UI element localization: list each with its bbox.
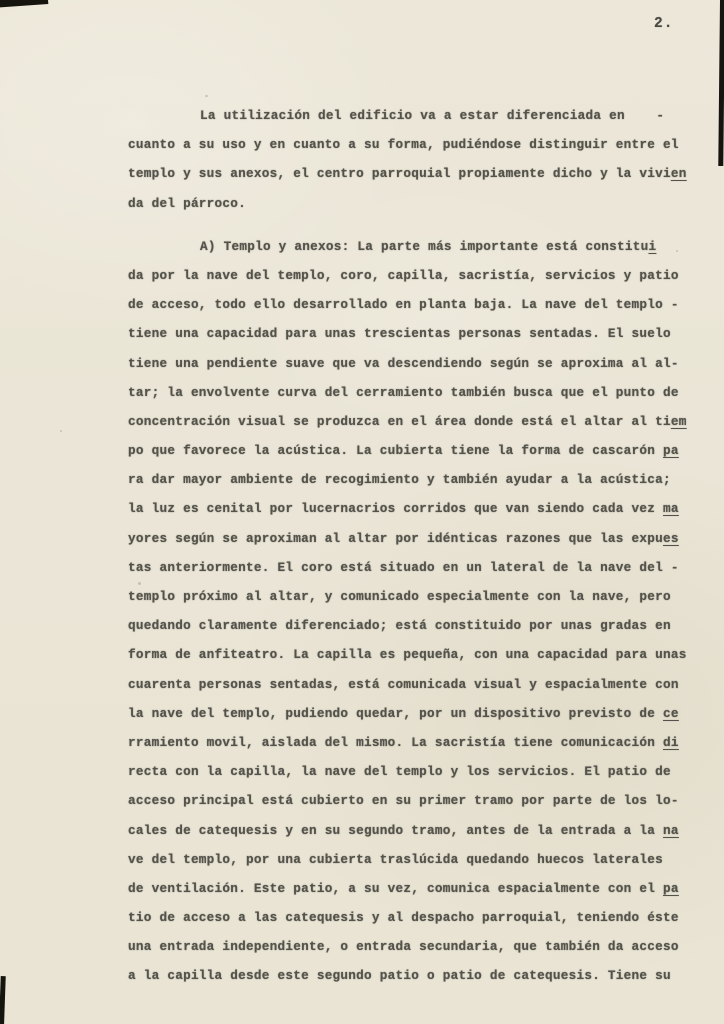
text-segment: tas anteriormente. El coro está situado … [128,560,679,575]
text-line: da del párroco. [128,189,688,218]
text-line: tas anteriormente. El coro está situado … [128,553,688,582]
text-segment: tio de acceso a las catequesis y al desp… [128,910,679,925]
underlined-wrap-syllable: na [663,823,679,838]
text-line: recta con la capilla, la nave del templo… [128,757,688,786]
text-line: tiene una capacidad para unas trescienta… [128,319,688,348]
text-segment: concentración visual se produzca en el á… [128,414,671,429]
text-line: quedando claramente diferenciado; está c… [128,611,688,640]
paragraph-1: La utilización del edificio va a estar d… [128,101,688,218]
text-line: cuanto a su uso y en cuanto a su forma, … [128,130,688,159]
text-line: concentración visual se produzca en el á… [128,407,688,436]
scan-edge-artifact-top-right [718,0,724,166]
text-line: tio de acceso a las catequesis y al desp… [128,903,688,932]
text-line: templo y sus anexos, el centro parroquia… [128,159,688,188]
text-segment: po que favorece la acústica. La cubierta… [128,443,663,458]
text-segment: de ventilación. Este patio, a su vez, co… [128,881,663,896]
text-segment: A) Templo y anexos: La parte más importa… [200,239,648,254]
text-segment: a la capilla desde este segundo patio o … [128,968,671,983]
text-line: tar; la envolvente curva del cerramiento… [128,378,688,407]
text-line: la nave del templo, pudiendo quedar, por… [128,699,688,728]
text-segment: ve del templo, por una cubierta traslúci… [128,852,663,867]
document-body: La utilización del edificio va a estar d… [128,101,688,991]
paper-speck [205,95,208,97]
text-segment: cuanto a su uso y en cuanto a su forma, … [128,137,679,152]
text-segment: tiene una capacidad para unas trescienta… [128,326,671,341]
text-segment: recta con la capilla, la nave del templo… [128,764,671,779]
text-line: cales de catequesis y en su segundo tram… [128,816,688,845]
text-line: de ventilación. Este patio, a su vez, co… [128,874,688,903]
text-segment: cales de catequesis y en su segundo tram… [128,823,663,838]
text-line: a la capilla desde este segundo patio o … [128,961,688,990]
text-segment: la nave del templo, pudiendo quedar, por… [128,706,663,721]
text-segment: templo próximo al altar, y comunicado es… [128,589,671,604]
underlined-wrap-syllable: i [648,239,656,254]
text-line: rramiento movil, aislada del mismo. La s… [128,728,688,757]
paper-speck [60,430,62,432]
text-line: la luz es cenital por lucernacrios corri… [128,494,688,523]
text-segment: yores según se aproximan al altar por id… [128,531,663,546]
text-segment: quedando claramente diferenciado; está c… [128,618,671,633]
text-line: una entrada independiente, o entrada sec… [128,932,688,961]
text-line: da por la nave del templo, coro, capilla… [128,261,688,290]
text-segment: ra dar mayor ambiente de recogimiento y … [128,472,671,487]
page-number: 2. [654,16,673,32]
text-line: La utilización del edificio va a estar d… [128,101,688,130]
text-segment: rramiento movil, aislada del mismo. La s… [128,735,663,750]
text-segment: tar; la envolvente curva del cerramiento… [128,385,679,400]
text-segment: forma de anfiteatro. La capilla es peque… [128,647,687,662]
text-line: tiene una pendiente suave que va descend… [128,349,688,378]
text-line: templo próximo al altar, y comunicado es… [128,582,688,611]
underlined-wrap-syllable: em [671,414,687,429]
text-segment: la luz es cenital por lucernacrios corri… [128,501,663,516]
text-line: cuarenta personas sentadas, está comunic… [128,670,688,699]
text-segment: una entrada independiente, o entrada sec… [128,939,679,954]
text-line: acceso principal está cubierto en su pri… [128,786,688,815]
underlined-wrap-syllable: pa [663,881,679,896]
underlined-wrap-syllable: es [663,531,679,546]
text-line: ra dar mayor ambiente de recogimiento y … [128,465,688,494]
text-segment: templo y sus anexos, el centro parroquia… [128,166,671,181]
underlined-wrap-syllable: pa [663,443,679,458]
text-segment: de acceso, todo ello desarrollado en pla… [128,297,679,312]
text-line: de acceso, todo ello desarrollado en pla… [128,290,688,319]
document-page: 2. La utilización del edificio va a esta… [0,0,724,1024]
scan-edge-artifact-top-left [0,0,48,8]
text-line: po que favorece la acústica. La cubierta… [128,436,688,465]
underlined-wrap-syllable: ma [663,501,679,516]
text-segment: tiene una pendiente suave que va descend… [128,356,679,371]
text-segment: da por la nave del templo, coro, capilla… [128,268,679,283]
text-line: ve del templo, por una cubierta traslúci… [128,845,688,874]
text-segment: cuarenta personas sentadas, está comunic… [128,677,679,692]
underlined-wrap-syllable: en [671,166,687,181]
text-segment: acceso principal está cubierto en su pri… [128,793,679,808]
text-segment: da del párroco. [128,196,246,211]
underlined-wrap-syllable: ce [663,706,679,721]
paragraph-2: A) Templo y anexos: La parte más importa… [128,232,688,991]
text-line: forma de anfiteatro. La capilla es peque… [128,640,688,669]
underlined-wrap-syllable: di [663,735,679,750]
text-segment: La utilización del edificio va a estar d… [200,108,664,123]
text-line: A) Templo y anexos: La parte más importa… [128,232,688,261]
scan-edge-artifact-bottom-left [0,976,6,1024]
text-line: yores según se aproximan al altar por id… [128,524,688,553]
